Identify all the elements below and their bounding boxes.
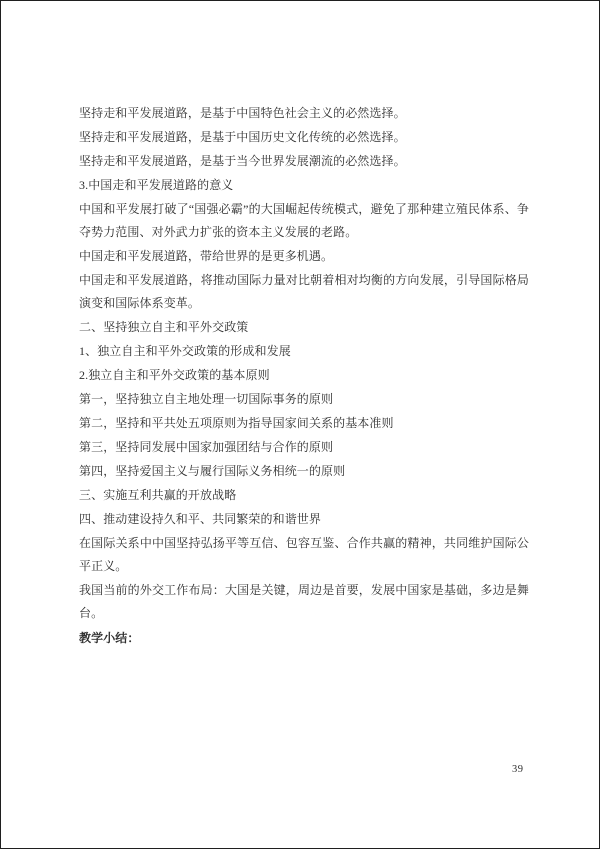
heading-1-formation-development: 1、独立自主和平外交政策的形成和发展 xyxy=(79,340,529,363)
statement-socialist-choice: 坚持走和平发展道路，是基于中国特色社会主义的必然选择。 xyxy=(79,102,529,125)
statement-history-culture-choice: 坚持走和平发展道路，是基于中国历史文化传统的必然选择。 xyxy=(79,126,529,149)
heading-section-2-foreign-policy: 二、坚持独立自主和平外交政策 xyxy=(79,316,529,339)
heading-3-significance: 3.中国走和平发展道路的意义 xyxy=(79,174,529,197)
principle-fourth: 第四，坚持爱国主义与履行国际义务相统一的原则 xyxy=(79,460,529,483)
para-break-hegemony-tradition: 中国和平发展打破了“国强必霸”的大国崛起传统模式，避免了那种建立殖民体系、争夺势… xyxy=(79,198,529,244)
para-more-opportunities: 中国走和平发展道路，带给世界的是更多机遇。 xyxy=(79,245,529,268)
statement-world-trend-choice: 坚持走和平发展道路，是基于当今世界发展潮流的必然选择。 xyxy=(79,150,529,173)
principle-first: 第一，坚持独立自主地处理一切国际事务的原则 xyxy=(79,388,529,411)
document-body: 坚持走和平发展道路，是基于中国特色社会主义的必然选择。 坚持走和平发展道路，是基… xyxy=(79,102,529,651)
principle-third: 第三，坚持同发展中国家加强团结与合作的原则 xyxy=(79,436,529,459)
para-diplomatic-layout: 我国当前的外交工作布局：大国是关键，周边是首要，发展中国家是基础，多边是舞台。 xyxy=(79,579,529,625)
principle-second: 第二，坚持和平共处五项原则为指导国家间关系的基本准则 xyxy=(79,412,529,435)
para-balance-of-power: 中国走和平发展道路，将推动国际力量对比朝着相对均衡的方向发展，引导国际格局演变和… xyxy=(79,269,529,315)
heading-section-4-harmonious-world: 四、推动建设持久和平、共同繁荣的和谐世界 xyxy=(79,508,529,531)
document-page: 坚持走和平发展道路，是基于中国特色社会主义的必然选择。 坚持走和平发展道路，是基… xyxy=(0,0,600,849)
teaching-summary-heading: 教学小结： xyxy=(79,627,529,650)
para-international-relations-spirit: 在国际关系中中国坚持弘扬平等互信、包容互鉴、合作共赢的精神，共同维护国际公平正义… xyxy=(79,532,529,578)
heading-2-basic-principles: 2.独立自主和平外交政策的基本原则 xyxy=(79,364,529,387)
heading-section-3-win-win-strategy: 三、实施互利共赢的开放战略 xyxy=(79,484,529,507)
page-number: 39 xyxy=(512,764,524,776)
